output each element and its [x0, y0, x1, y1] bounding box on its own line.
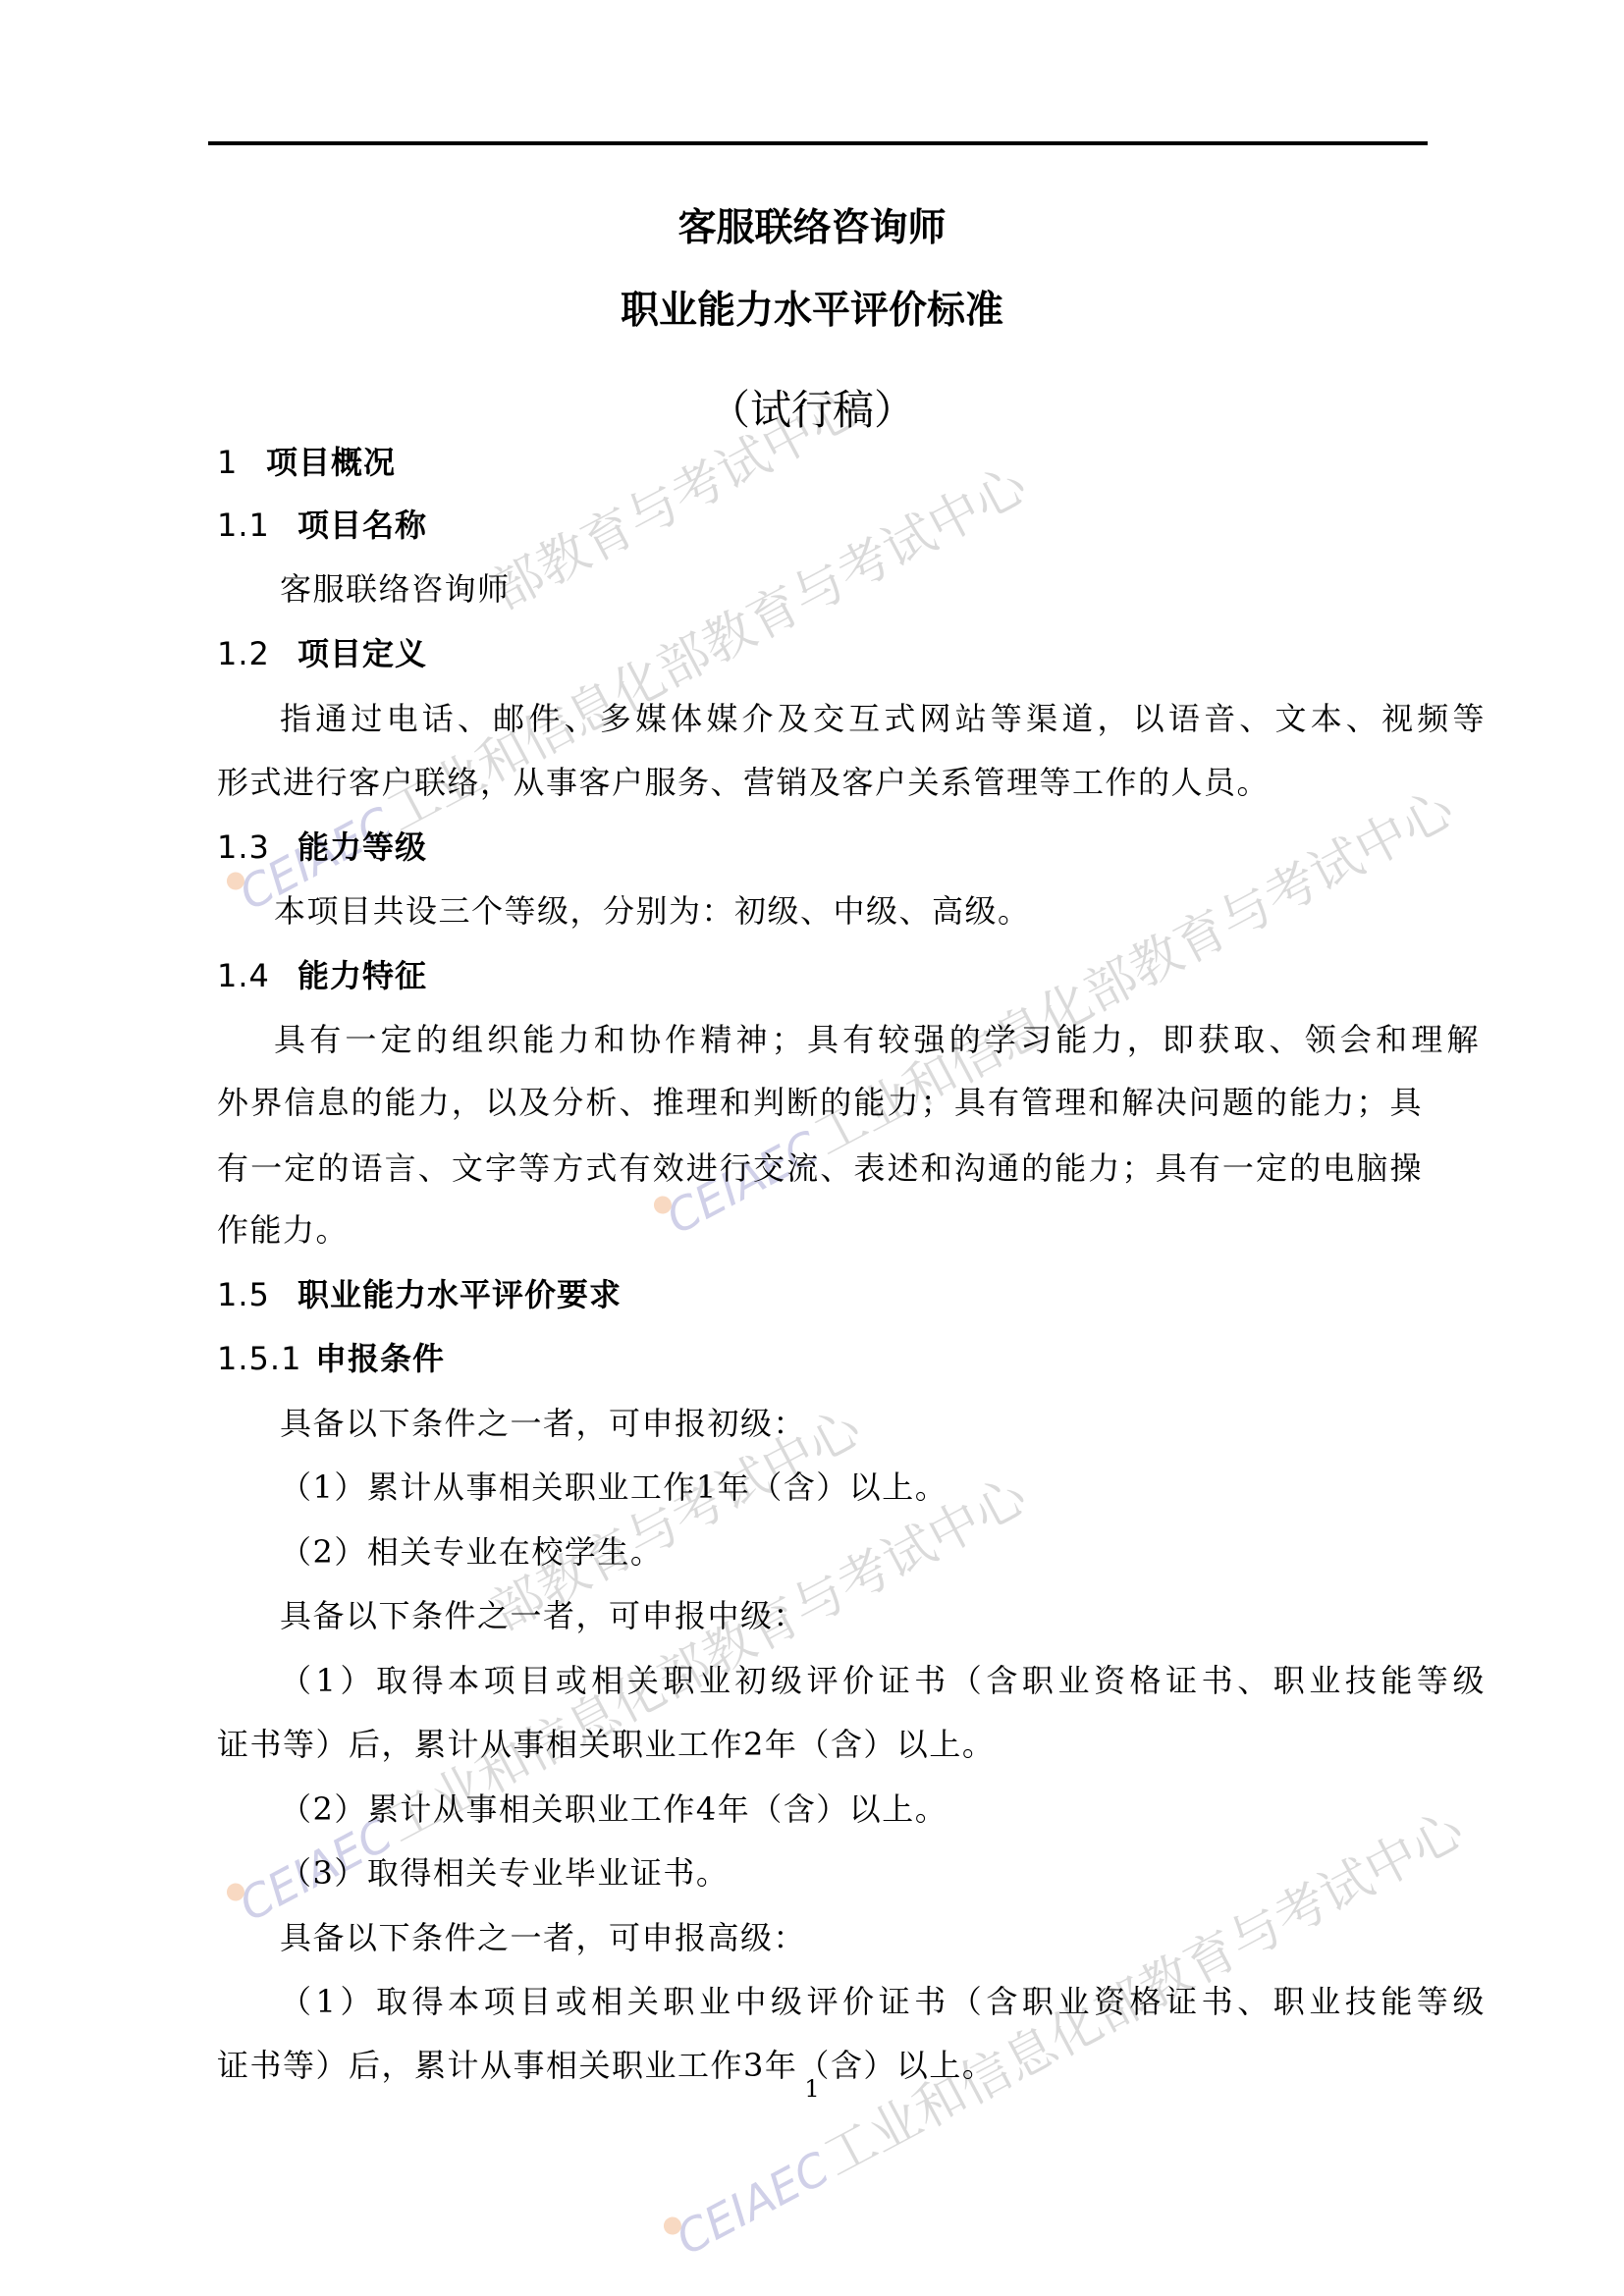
- section-1-1-heading: 1.1项目名称: [217, 506, 1423, 545]
- intermediate-item: （3）取得相关专业毕业证书。: [217, 1853, 1486, 1893]
- intermediate-intro: 具备以下条件之一者，可申报中级：: [217, 1596, 1486, 1635]
- section-1-1-body: 客服联络咨询师: [217, 569, 1486, 609]
- section-1-2-body-line: 形式进行客户联络，从事客户服务、营销及客户关系管理等工作的人员。: [217, 763, 1423, 802]
- section-1-5-1-heading: 1.5.1申报条件: [217, 1339, 1423, 1378]
- intermediate-item-cont: 证书等）后，累计从事相关职业工作2年（含）以上。: [217, 1725, 1423, 1764]
- section-1-2-heading: 1.2项目定义: [217, 634, 1423, 673]
- section-1-4-body-line: 有一定的语言、文字等方式有效进行交流、表述和沟通的能力；具有一定的电脑操: [217, 1148, 1423, 1188]
- advanced-item: （1）取得本项目或相关职业中级评价证书（含职业资格证书、职业技能等级: [217, 1982, 1486, 2021]
- advanced-intro: 具备以下条件之一者，可申报高级：: [217, 1918, 1486, 1957]
- document-title-line2: 职业能力水平评价标准: [0, 288, 1624, 335]
- primary-item: （2）相关专业在校学生。: [217, 1532, 1486, 1572]
- primary-item: （1）累计从事相关职业工作1年（含）以上。: [217, 1468, 1486, 1507]
- section-1-4-body-line: 外界信息的能力，以及分析、推理和判断的能力；具有管理和解决问题的能力；具: [217, 1083, 1423, 1122]
- section-1-heading: 1项目概况: [217, 443, 1423, 482]
- section-1-4-body-line: 具有一定的组织能力和协作精神；具有较强的学习能力，即获取、领会和理解: [217, 1020, 1480, 1059]
- intermediate-item: （2）累计从事相关职业工作4年（含）以上。: [217, 1789, 1486, 1829]
- intermediate-item: （1）取得本项目或相关职业初级评价证书（含职业资格证书、职业技能等级: [217, 1661, 1486, 1700]
- document-subtitle: （试行稿）: [0, 385, 1624, 436]
- page-number: 1: [0, 2075, 1624, 2103]
- section-1-2-body-line: 指通过电话、邮件、多媒体媒介及交互式网站等渠道，以语音、文本、视频等: [217, 699, 1486, 738]
- section-1-4-heading: 1.4能力特征: [217, 956, 1423, 995]
- section-1-5-heading: 1.5职业能力水平评价要求: [217, 1275, 1423, 1314]
- primary-intro: 具备以下条件之一者，可申报初级：: [217, 1404, 1486, 1443]
- section-1-3-heading: 1.3能力等级: [217, 828, 1423, 867]
- section-1-3-body: 本项目共设三个等级，分别为：初级、中级、高级。: [217, 891, 1480, 931]
- header-rule: [208, 141, 1428, 145]
- document-title-line1: 客服联络咨询师: [0, 205, 1624, 252]
- ceiaec-logo-icon: CEIAEC: [661, 2141, 838, 2269]
- section-1-4-body-line: 作能力。: [217, 1210, 1423, 1250]
